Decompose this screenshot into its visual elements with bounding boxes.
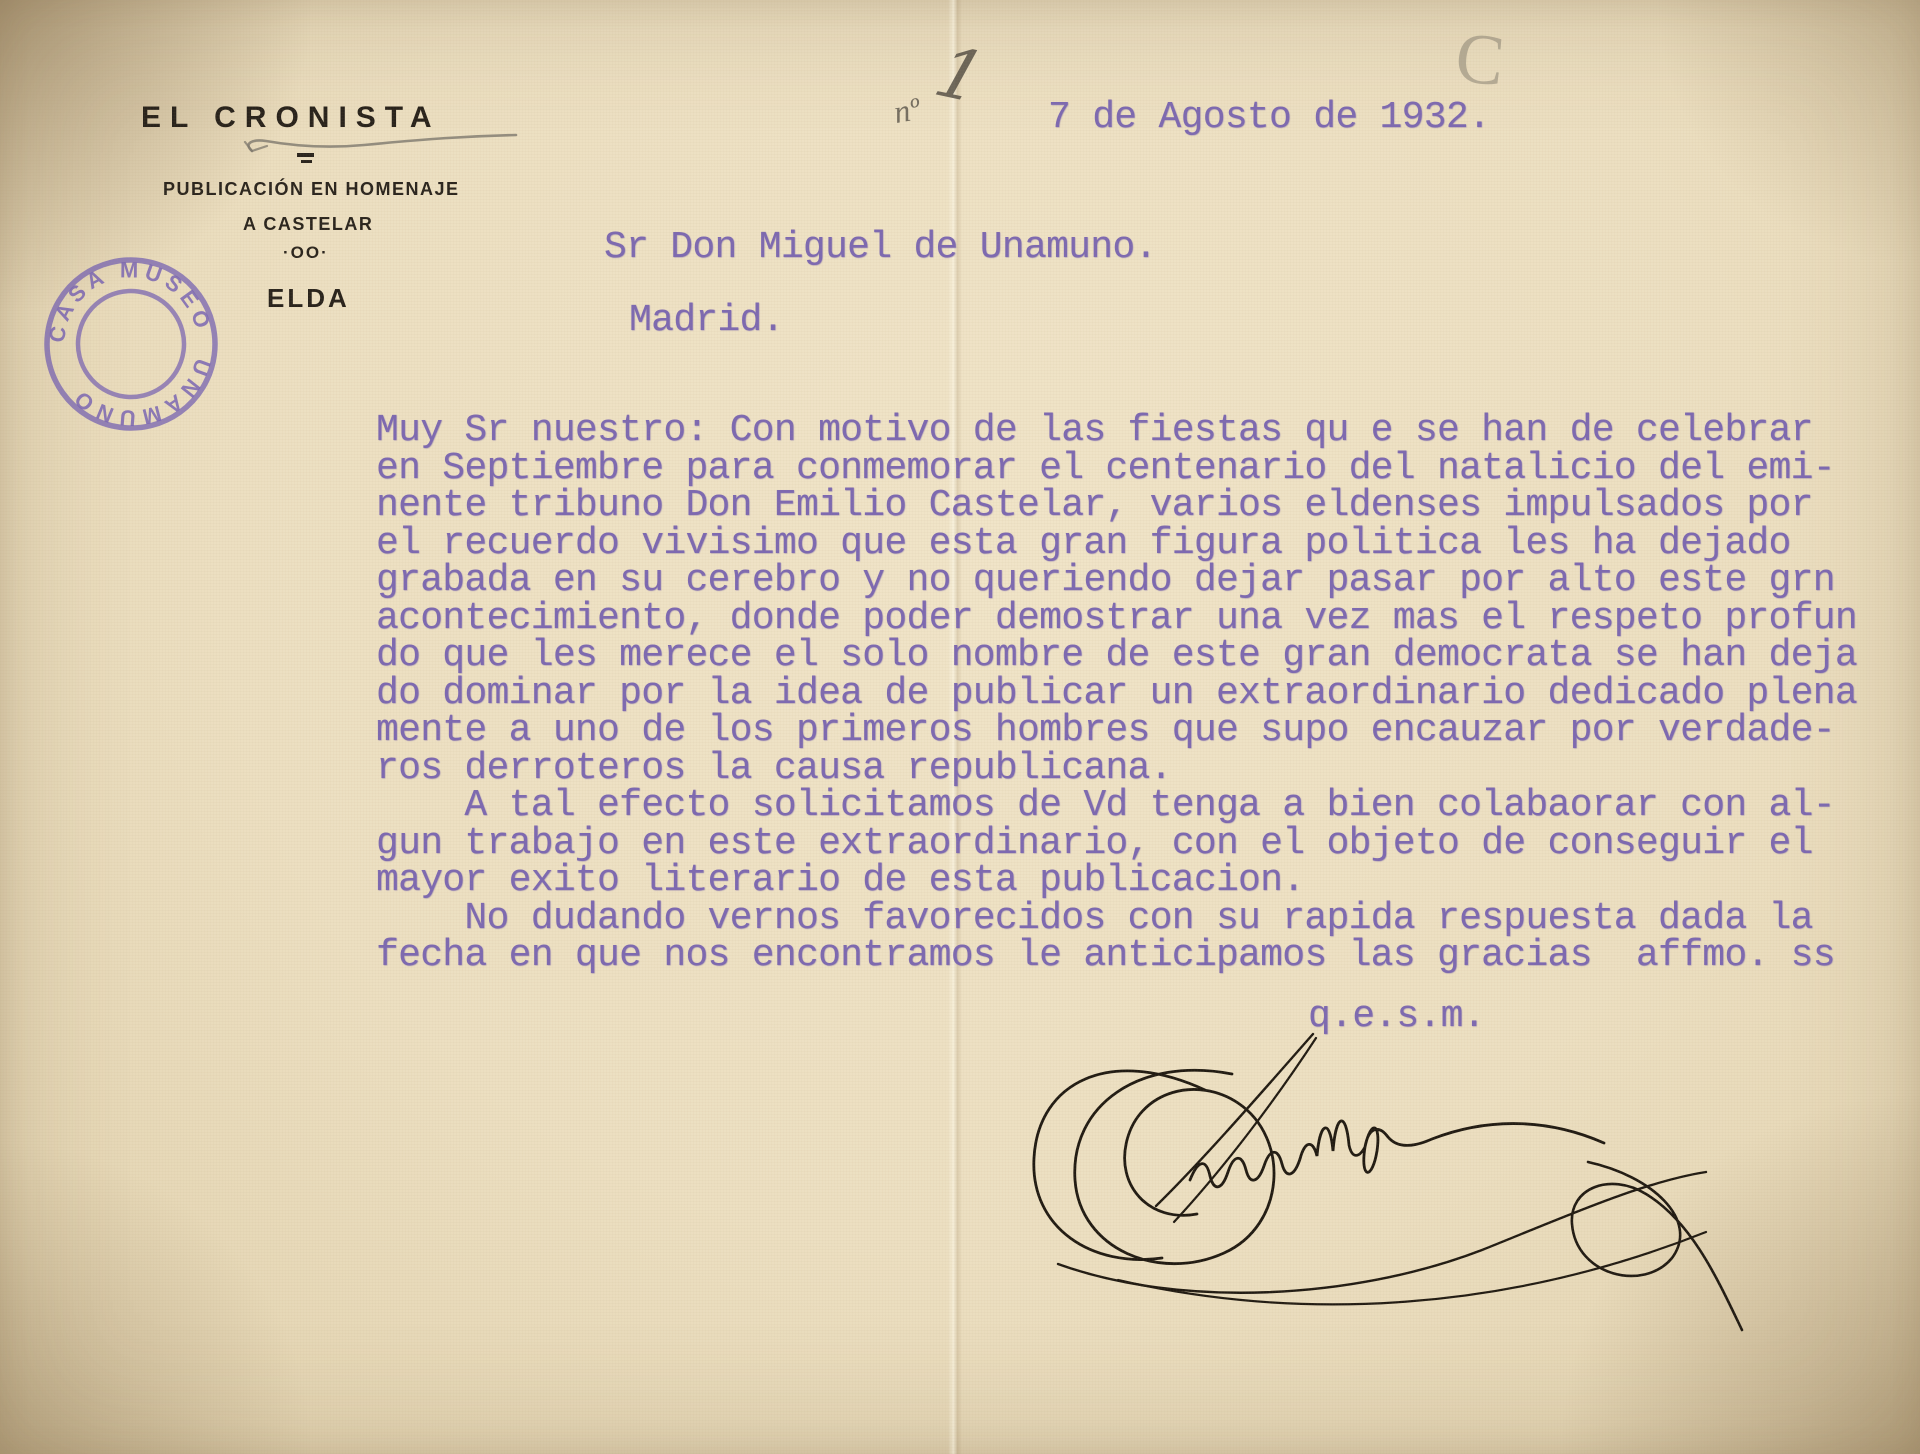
body-line: A tal efecto solicitamos de Vd tenga a b… (376, 787, 1835, 825)
body-line: Muy Sr nuestro: Con motivo de las fiesta… (376, 412, 1813, 450)
stamp-text-top: - CASA MUSEO (39, 256, 217, 375)
body-line: fecha en que nos encontramos le anticipa… (376, 937, 1835, 975)
body-line: gun trabajo en este extraordinario, con … (376, 825, 1813, 863)
letter-date: 7 de Agosto de 1932. (1048, 96, 1490, 139)
body-line: acontecimiento, donde poder demostrar un… (376, 600, 1857, 638)
body-line: do dominar por la idea de publicar un ex… (376, 675, 1857, 713)
letterhead-dash (297, 153, 314, 157)
letterhead-ornament: ·OO· (283, 243, 329, 263)
body-line: mente a uno de los primeros hombres que … (376, 712, 1835, 750)
pencil-letter-mark: C (1452, 16, 1508, 104)
scanned-letter: EL CRONISTA PUBLICACIÓN EN HOMENAJE A CA… (0, 0, 1920, 1454)
letter-closing: q.e.s.m. (1308, 995, 1485, 1038)
body-line: el recuerdo vivisimo que esta gran figur… (376, 525, 1791, 563)
recipient-city: Madrid. (629, 299, 784, 342)
body-line: en Septiembre para conmemorar el centena… (376, 450, 1835, 488)
letterhead-dash-2 (301, 160, 312, 163)
body-line: do que les merece el solo nombre de este… (376, 637, 1857, 675)
recipient-name: Sr Don Miguel de Unamuno. (604, 226, 1157, 269)
body-line: No dudando vernos favorecidos con su rap… (376, 900, 1813, 938)
casa-museo-unamuno-stamp: - CASA MUSEO UNAMUNO (39, 256, 223, 440)
body-line: grabada en su cerebro y no queriendo dej… (376, 562, 1835, 600)
pencil-number-value: 1 (926, 31, 995, 119)
pencil-number-label: nº (891, 90, 923, 131)
body-line: nente tribuno Don Emilio Castelar, vario… (376, 487, 1813, 525)
letterhead-title: EL CRONISTA (141, 101, 441, 135)
letterhead-subtitle-2: A CASTELAR (243, 214, 373, 235)
letterhead-city: ELDA (267, 283, 350, 314)
body-line: ros derroteros la causa republicana. (376, 750, 1172, 788)
body-line: mayor exito literario de esta publicacio… (376, 862, 1304, 900)
letterhead-subtitle-1: PUBLICACIÓN EN HOMENAJE (163, 179, 460, 200)
